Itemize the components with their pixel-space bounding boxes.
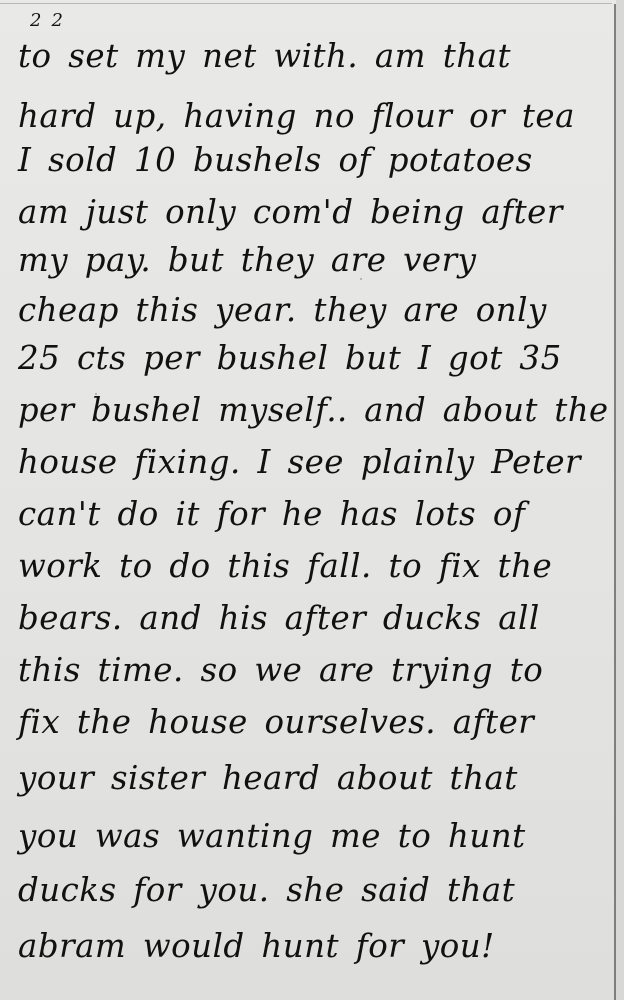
paper-speck [330, 730, 332, 732]
page-top-edge [0, 3, 612, 4]
page-number: 22 [30, 10, 73, 31]
letter-line-11: work to do this fall. to fix the [18, 546, 608, 585]
letter-line-14: fix the house ourselves. after [18, 702, 608, 741]
letter-line-15: your sister heard about that [18, 758, 608, 797]
paper-speck [360, 278, 362, 280]
letter-line-3: I sold 10 bushels of potatoes [18, 140, 608, 179]
paper-speck [340, 462, 342, 464]
letter-line-9: house fixing. I see plainly Peter [18, 442, 608, 481]
letter-line-10: can't do it for he has lots of [18, 494, 608, 533]
letter-line-2: hard up, having no flour or tea [18, 96, 608, 135]
letter-page: 22 to set my net with. am that hard up, … [0, 0, 624, 1000]
letter-line-8: per bushel myself.. and about the [18, 390, 602, 429]
letter-line-4: am just only com'd being after [18, 192, 608, 231]
page-marker: 2 [51, 10, 72, 31]
letter-line-16: you was wanting me to hunt [18, 816, 608, 855]
letter-line-17: ducks for you. she said that [18, 870, 608, 909]
letter-line-1: to set my net with. am that [18, 36, 608, 75]
letter-line-7: 25 cts per bushel but I got 35 [18, 338, 608, 377]
paper-speck [95, 393, 97, 395]
page-right-margin [616, 0, 624, 1000]
letter-line-5: my pay. but they are very [18, 240, 608, 279]
letter-line-12: bears. and his after ducks all [18, 598, 608, 637]
letter-line-6: cheap this year. they are only [18, 290, 608, 329]
page-number-value: 2 [30, 10, 51, 31]
paper-speck [402, 826, 404, 828]
letter-line-13: this time. so we are trying to [18, 650, 608, 689]
letter-line-18: abram would hunt for you! [18, 926, 608, 965]
line-7-text: 25 cts per bushel but I got 35 [18, 338, 562, 377]
